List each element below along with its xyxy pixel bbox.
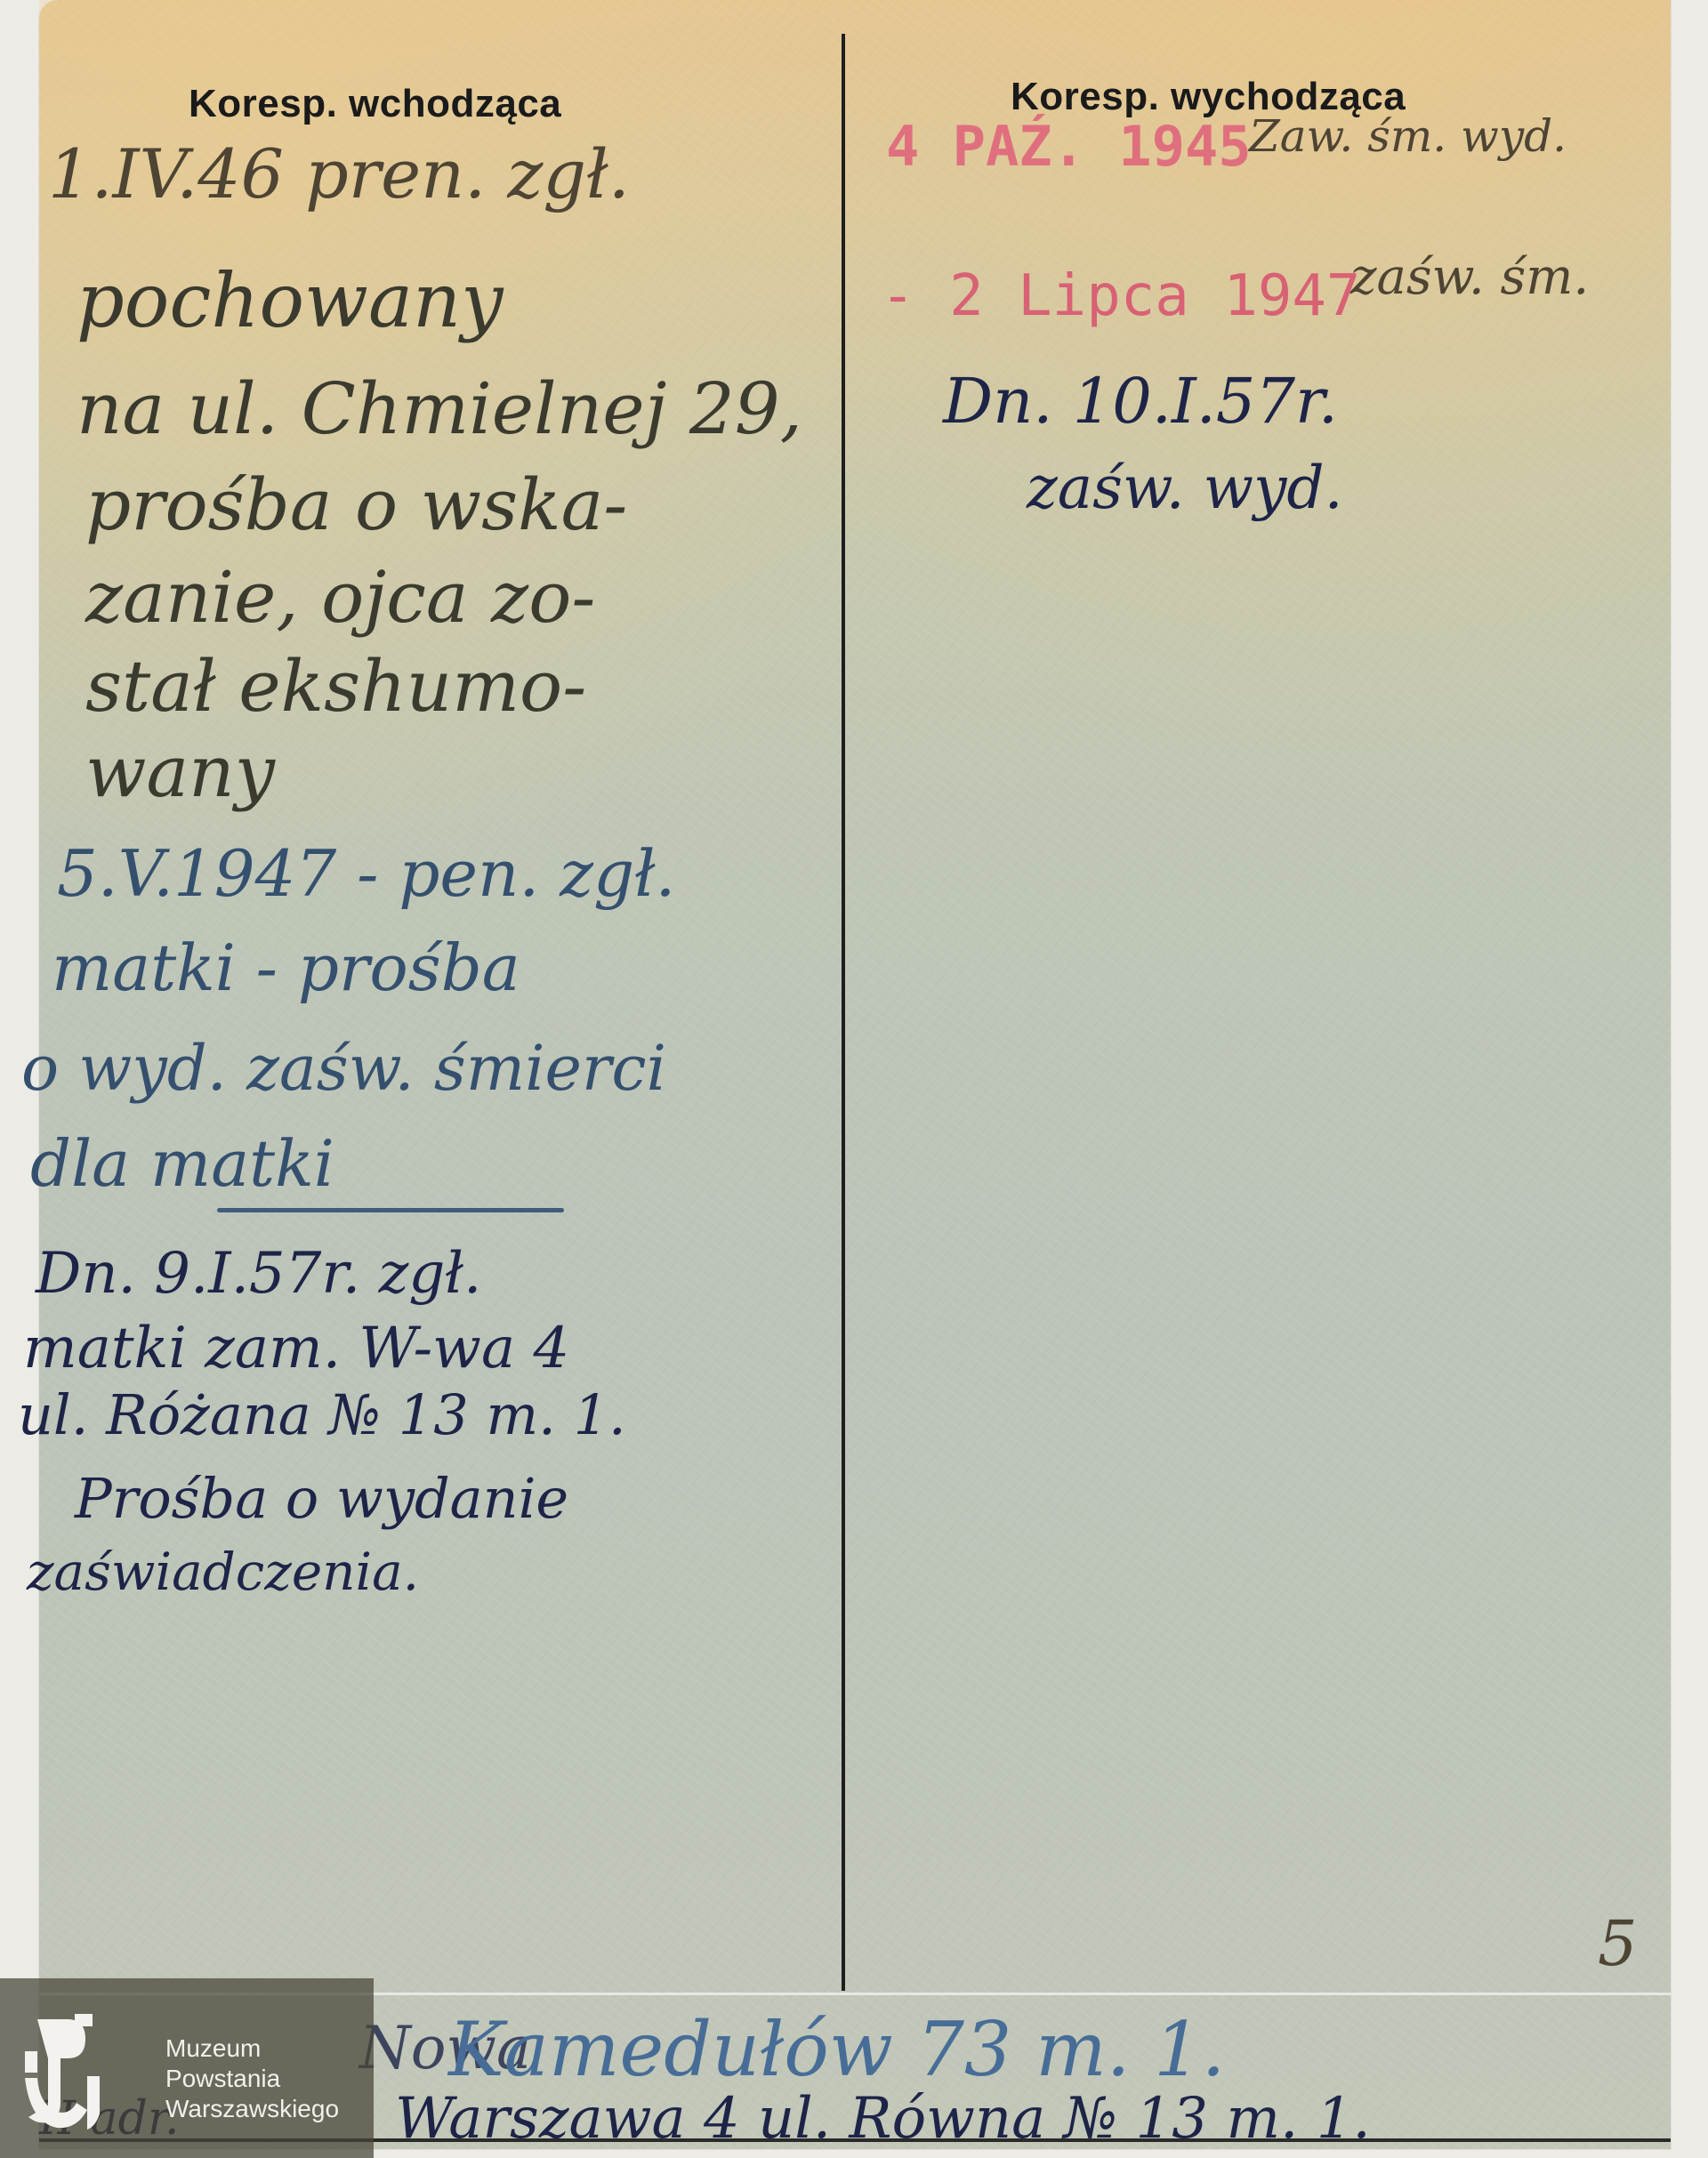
underline-mark (217, 1208, 564, 1212)
handwritten-line: matki zam. W-wa 4 (23, 1320, 569, 1377)
archival-card: Koresp. wchodząca Koresp. wychodząca 1.I… (39, 0, 1671, 2149)
handwritten-line: wany (85, 737, 275, 808)
address-line-1: Kamedułów 73 m. 1. (448, 2012, 1225, 2087)
handwritten-line: zaśw. wyd. (1027, 459, 1343, 518)
handwritten-line: stał ekshumo- (85, 651, 586, 722)
handwritten-line: prośba o wska- (85, 470, 627, 541)
museum-name-line: Warszawskiego (165, 2094, 339, 2124)
handwritten-line: zanie, ojca zo- (85, 562, 595, 633)
handwritten-line: Dn. 9.I.57r. zgł. (36, 1245, 481, 1302)
handwritten-line: o wyd. zaśw. śmierci (21, 1037, 666, 1099)
museum-name-line: Powstania (165, 2064, 339, 2094)
handwritten-line: na ul. Chmielnej 29, (77, 374, 802, 445)
handwritten-note: Zaw. śm. wyd. (1249, 114, 1567, 158)
handwritten-line: 5.V.1947 - pen. zgł. (57, 841, 675, 906)
handwritten-line: 1.IV.46 pren. zgł. (48, 141, 630, 208)
page-number: 5 (1598, 1912, 1638, 1975)
museum-name-line: Muzeum (165, 2033, 339, 2064)
date-stamp: 4 PAŹ. 1945 (886, 114, 1252, 179)
incoming-heading: Koresp. wchodząca (189, 82, 561, 126)
museum-name: Muzeum Powstania Warszawskiego (165, 2033, 339, 2124)
column-divider (842, 34, 845, 1991)
handwritten-line: matki - prośba (52, 936, 520, 1000)
handwritten-line: zaświadczenia. (27, 1546, 419, 1598)
kotwica-anchor-icon (25, 2014, 125, 2130)
handwritten-line: ul. Różana № 13 m. 1. (18, 1388, 626, 1443)
handwritten-line: pochowany (77, 263, 504, 338)
handwritten-note: zaśw. śm. (1350, 253, 1589, 302)
handwritten-line: dla matki (30, 1131, 334, 1196)
museum-watermark: Muzeum Powstania Warszawskiego (0, 1978, 374, 2158)
handwritten-line: Prośba o wydanie (75, 1471, 568, 1526)
date-stamp: - 2 Lipca 1947 (881, 263, 1360, 329)
handwritten-line: Dn. 10.I.57r. (943, 370, 1338, 432)
